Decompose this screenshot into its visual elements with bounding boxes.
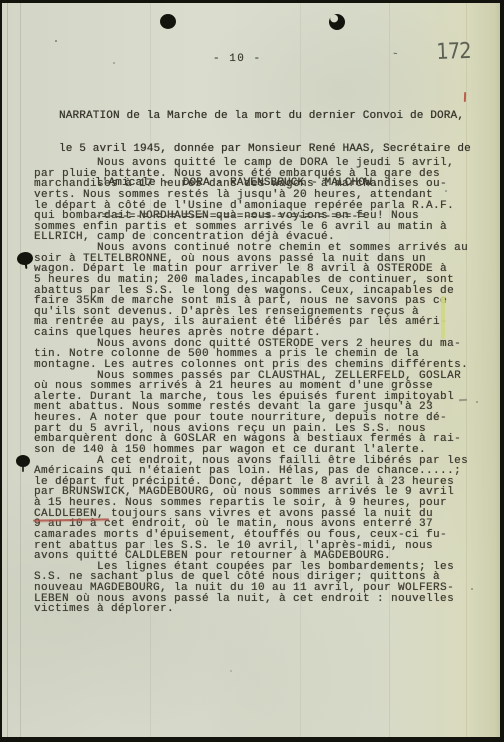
paper-speck	[55, 40, 57, 42]
narrative-text: Nous avons quitté le camp de DORA le jeu…	[34, 158, 468, 615]
scan-edge-right	[500, 0, 504, 742]
paper-crease	[20, 3, 21, 737]
text-line: camarades morts d'épuisement, étouffés o…	[34, 530, 468, 541]
scan-edge-left	[0, 0, 2, 742]
yellow-highlight-mark	[441, 296, 445, 339]
ink-dot-margin-2	[16, 455, 30, 467]
red-tick-mark	[464, 92, 466, 102]
text-line: verts. Nous sommes restés là jusqu'à 20 …	[34, 190, 468, 201]
ink-dot-top-right	[329, 14, 345, 30]
title-line-1: NARRATION de la Marche de la mort du der…	[59, 111, 471, 122]
ink-dot-top-left	[160, 14, 176, 29]
text-line: son de 140 à 150 hommes par wagon et ce …	[34, 445, 468, 456]
text-line: victimes à déplorer.	[34, 604, 468, 615]
text-line: montagne. Les autres colonnes ont pris d…	[34, 360, 468, 371]
scan-edge-bottom	[0, 737, 504, 742]
folio-number-handwritten: 172	[436, 39, 471, 65]
pencil-margin-dot	[476, 401, 478, 403]
text-line: 5 heures du matin; 200 malades,incapable…	[34, 275, 468, 286]
scan-edge-top	[0, 0, 504, 3]
page-number: - 10 -	[213, 53, 262, 65]
title-line-2: le 5 avril 1945, donnée par Monsieur Ren…	[59, 144, 471, 155]
paper-crease	[7, 3, 8, 737]
